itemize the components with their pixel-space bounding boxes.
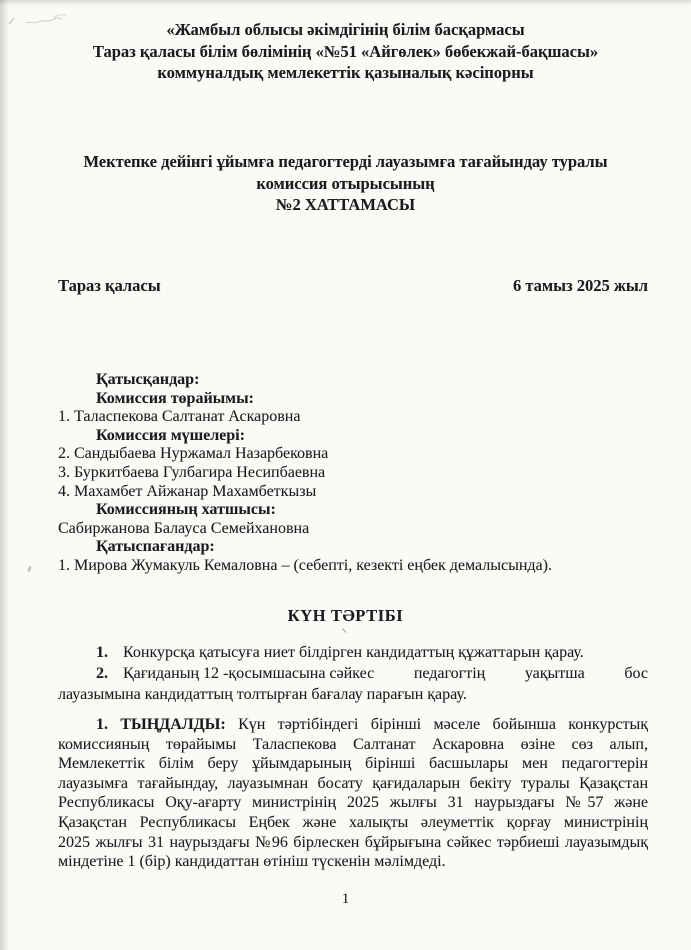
place-label: Тараз қаласы [58,276,161,296]
agenda-item-text-segment: педагогтің [414,665,485,683]
document-title-line: Мектепке дейінгі ұйымға педагогтерді лау… [0,151,691,173]
heard-line: Мемлекеттік білім беру ұйымдарының бірін… [58,754,648,774]
scan-tick-artifact [341,627,348,634]
heard-line: Қазақстан Республикасы Еңбек және халықт… [58,813,648,833]
agenda-item-number: 1. [96,644,123,662]
heard-line-text: Күн тәртібіндегі бірінші мәселе бойынша … [226,716,648,733]
scan-edge-shadow-left [0,0,9,950]
document-title-line: комиссия отырысының [0,173,691,195]
attendee-heading: Комиссияның хатшысы: [58,501,658,520]
heard-paragraph: 1. ТЫҢДАЛДЫ: Күн тәртібіндегі бірінші мә… [58,715,648,872]
scan-edge-shadow-top [0,0,691,6]
agenda-item-2-line-2: лауазымына кандидаттың толтырған бағалау… [58,686,648,704]
agenda-item-text: Қағиданың 12 -қосымшасына сәйкес [123,665,374,682]
agenda-heading: КҮН ТӘРТІБІ [0,606,691,626]
document-title-line: №2 ХАТТАМАСЫ [0,194,691,216]
heard-line: комиссияның төрайымы Таласпекова Салтана… [58,735,648,755]
place-date-row: Тараз қаласы 6 тамыз 2025 жыл [58,276,648,296]
attendee-heading: Комиссия мүшелері: [58,427,658,446]
attendee-item: 4. Махамбет Айжанар Махамбеткызы [58,483,658,502]
attendee-heading: Комиссия төрайымы: [58,390,658,409]
agenda-item-text-segment: бос [624,665,648,683]
scan-speck-artifact [27,566,32,573]
document-title: Мектепке дейінгі ұйымға педагогтерді лау… [0,151,691,216]
agenda-item-2-line-1: 2.Қағиданың 12 -қосымшасына сәйкес педаг… [58,665,648,683]
attendee-item: 1. Мирова Жумакуль Кемаловна – (себепті,… [58,557,658,576]
date-label: 6 тамыз 2025 жыл [513,276,648,296]
attendee-heading: Қатыспағандар: [58,538,658,557]
attendee-item: Сабиржанова Балауса Семейхановна [58,520,658,539]
attendee-item: 1. Таласпекова Салтанат Аскаровна [58,408,658,427]
agenda-item-number: 2. [96,665,123,683]
org-header-line: коммуналдық мемлекеттік қазыналық кәсіпо… [0,62,691,84]
heard-line: міндетіне 1 (бір) кандидаттан өтініш түс… [58,852,648,872]
attendees-block: Қатысқандар: Комиссия төрайымы: 1. Талас… [58,371,658,576]
scanned-document-page: { "page": { "page_number": "1" }, "org_h… [0,0,691,950]
agenda-item-2-lead: 2.Қағиданың 12 -қосымшасына сәйкес [96,665,374,683]
heard-lead-label: 1. ТЫҢДАЛДЫ: [96,716,226,733]
org-header-line: Тараз қаласы білім бөлімінің «№51 «Айгөл… [0,41,691,63]
agenda-item-1: 1.Конкурсқа қатысуға ниет білдірген канд… [58,644,648,662]
heard-line: 1. ТЫҢДАЛДЫ: Күн тәртібіндегі бірінші мә… [58,715,648,735]
attendee-item: 2. Сандыбаева Нуржамал Назарбековна [58,445,658,464]
agenda-item-text: Конкурсқа қатысуға ниет білдірген кандид… [123,644,584,661]
page-number: 1 [0,891,691,908]
agenda-item-text-segment: уақытша [525,665,585,683]
heard-line: лауазымға тағайындау, лауазымнан босату … [58,774,648,794]
attendee-heading: Қатысқандар: [58,371,658,390]
org-header-line: «Жамбыл облысы әкімдігінің білім басқарм… [0,19,691,41]
heard-line: Республикасы Оқу-ағарту министрінің 2025… [58,793,648,813]
org-header: «Жамбыл облысы әкімдігінің білім басқарм… [0,19,691,84]
heard-line: 2025 жылғы 31 наурыздағы №96 бірлескен б… [58,833,648,853]
attendee-item: 3. Буркитбаева Гулбагира Несипбаевна [58,464,658,483]
